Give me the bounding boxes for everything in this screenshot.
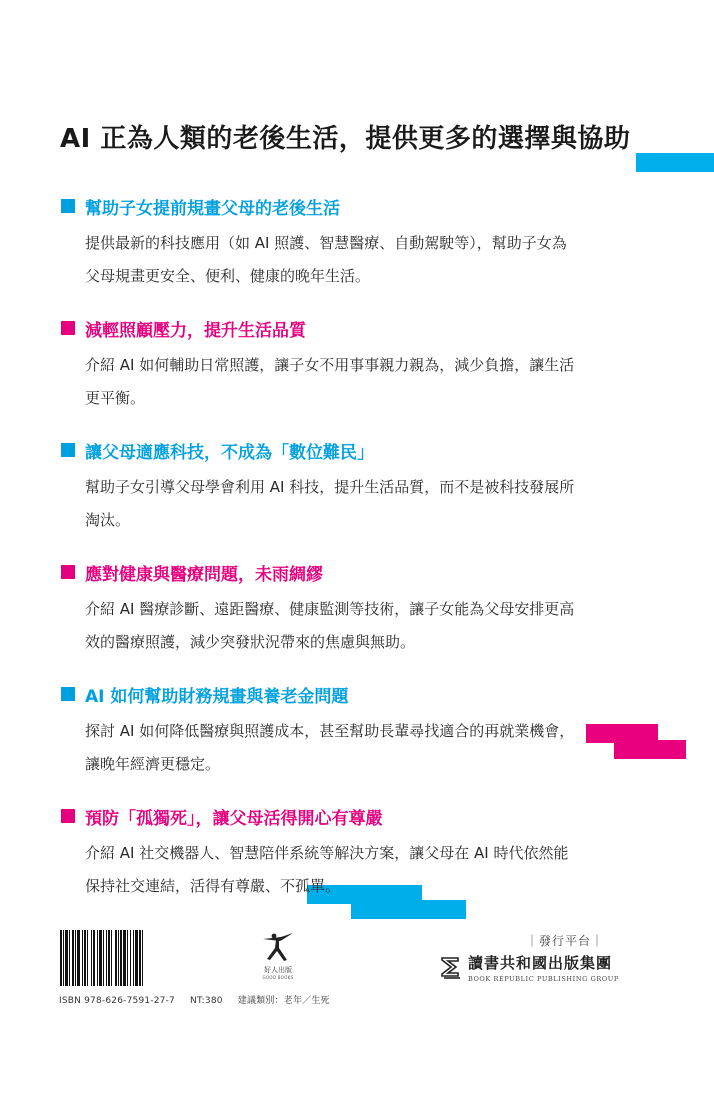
description-line: 幫助子女引導父母學會利用 AI 科技，提升生活品質，而不是被科技發展所 (85, 471, 641, 504)
feature-title: 預防「孤獨死」，讓父母活得開心有尊嚴 (85, 804, 383, 829)
isbn-info-line: ISBN 978-626-7591-27-7 NT:380 建議類別：老年／生死 (59, 993, 342, 1006)
feature-title: 應對健康與醫療問題，未雨綢繆 (85, 560, 323, 585)
feature-heading: 幫助子女提前規畫父母的老後生活 (61, 193, 641, 219)
imprint-name: 好人出版 (258, 965, 298, 975)
back-cover-headline: AI 正為人類的老後生活，提供更多的選擇與協助 (60, 118, 630, 155)
isbn-number: ISBN 978-626-7591-27-7 (59, 996, 175, 1006)
feature-heading: 減輕照顧壓力，提升生活品質 (61, 315, 641, 341)
square-bullet-icon (61, 321, 75, 335)
description-line: 讓晚年經濟更穩定。 (85, 748, 641, 781)
feature-section: 讓父母適應科技，不成為「數位難民」 幫助子女引導父母學會利用 AI 科技，提升生… (61, 437, 641, 537)
square-bullet-icon (61, 199, 75, 213)
price: NT:380 (190, 996, 223, 1006)
description-line: 保持社交連結，活得有尊嚴、不孤單。 (85, 870, 641, 903)
publisher-names: 讀書共和國出版集團 BOOK REPUBLIC PUBLISHING GROUP (468, 952, 619, 983)
publisher-block: ｜發行平台｜ 讀書共和國出版集團 BOOK REPUBLIC PUBLISHIN… (440, 932, 620, 983)
decorative-blue-bar-top (636, 153, 714, 172)
feature-section: AI 如何幫助財務規畫與養老金問題 探討 AI 如何降低醫療與照護成本，甚至幫助… (61, 681, 641, 781)
feature-description: 探討 AI 如何降低醫療與照護成本，甚至幫助長輩尋找適合的再就業機會， 讓晚年經… (85, 715, 641, 781)
square-bullet-icon (61, 687, 75, 701)
book-republic-logo-icon (440, 955, 462, 981)
feature-heading: AI 如何幫助財務規畫與養老金問題 (61, 681, 641, 707)
square-bullet-icon (61, 565, 75, 579)
feature-description: 提供最新的科技應用（如 AI 照護、智慧醫療、自動駕駛等），幫助子女為 父母規畫… (85, 227, 641, 293)
feature-heading: 讓父母適應科技，不成為「數位難民」 (61, 437, 641, 463)
feature-title: 讓父母適應科技，不成為「數位難民」 (85, 438, 374, 463)
feature-list: 幫助子女提前規畫父母的老後生活 提供最新的科技應用（如 AI 照護、智慧醫療、自… (61, 193, 641, 925)
publisher-name-english: BOOK REPUBLIC PUBLISHING GROUP (468, 975, 619, 983)
feature-section: 預防「孤獨死」，讓父母活得開心有尊嚴 介紹 AI 社交機器人、智慧陪伴系統等解決… (61, 803, 641, 903)
feature-title: 幫助子女提前規畫父母的老後生活 (85, 194, 340, 219)
description-line: 介紹 AI 社交機器人、智慧陪伴系統等解決方案，讓父母在 AI 時代依然能 (85, 837, 641, 870)
square-bullet-icon (61, 809, 75, 823)
isbn-barcode (60, 930, 196, 986)
feature-section: 應對健康與醫療問題，未雨綢繆 介紹 AI 醫療診斷、遠距醫療、健康監測等技術，讓… (61, 559, 641, 659)
distribution-platform-label: ｜發行平台｜ (440, 932, 604, 949)
feature-heading: 預防「孤獨死」，讓父母活得開心有尊嚴 (61, 803, 641, 829)
feature-section: 幫助子女提前規畫父母的老後生活 提供最新的科技應用（如 AI 照護、智慧醫療、自… (61, 193, 641, 293)
description-line: 探討 AI 如何降低醫療與照護成本，甚至幫助長輩尋找適合的再就業機會， (85, 715, 641, 748)
square-bullet-icon (61, 443, 75, 457)
description-line: 更平衡。 (85, 382, 641, 415)
feature-description: 介紹 AI 社交機器人、智慧陪伴系統等解決方案，讓父母在 AI 時代依然能 保持… (85, 837, 641, 903)
description-line: 介紹 AI 醫療診斷、遠距醫療、健康監測等技術，讓子女能為父母安排更高 (85, 593, 641, 626)
description-line: 提供最新的科技應用（如 AI 照護、智慧醫療、自動駕駛等），幫助子女為 (85, 227, 641, 260)
feature-description: 介紹 AI 如何輔助日常照護，讓子女不用事事親力親為，減少負擔，讓生活 更平衡。 (85, 349, 641, 415)
imprint-logo: 好人出版 GOOD BOOKS (258, 930, 298, 990)
publisher-row: 讀書共和國出版集團 BOOK REPUBLIC PUBLISHING GROUP (440, 952, 620, 983)
description-line: 效的醫療照護，減少突發狀況帶來的焦慮與無助。 (85, 626, 641, 659)
feature-heading: 應對健康與醫療問題，未雨綢繆 (61, 559, 641, 585)
publisher-name-chinese: 讀書共和國出版集團 (468, 952, 619, 973)
feature-description: 幫助子女引導父母學會利用 AI 科技，提升生活品質，而不是被科技發展所 淘汰。 (85, 471, 641, 537)
leaping-figure-icon (261, 930, 295, 964)
suggested-category: 建議類別：老年／生死 (238, 996, 330, 1006)
description-line: 父母規畫更安全、便利、健康的晚年生活。 (85, 260, 641, 293)
imprint-subtitle: GOOD BOOKS (258, 975, 298, 980)
feature-title: 減輕照顧壓力，提升生活品質 (85, 316, 306, 341)
feature-title: AI 如何幫助財務規畫與養老金問題 (85, 682, 348, 707)
feature-section: 減輕照顧壓力，提升生活品質 介紹 AI 如何輔助日常照護，讓子女不用事事親力親為… (61, 315, 641, 415)
description-line: 淘汰。 (85, 504, 641, 537)
feature-description: 介紹 AI 醫療診斷、遠距醫療、健康監測等技術，讓子女能為父母安排更高 效的醫療… (85, 593, 641, 659)
description-line: 介紹 AI 如何輔助日常照護，讓子女不用事事親力親為，減少負擔，讓生活 (85, 349, 641, 382)
